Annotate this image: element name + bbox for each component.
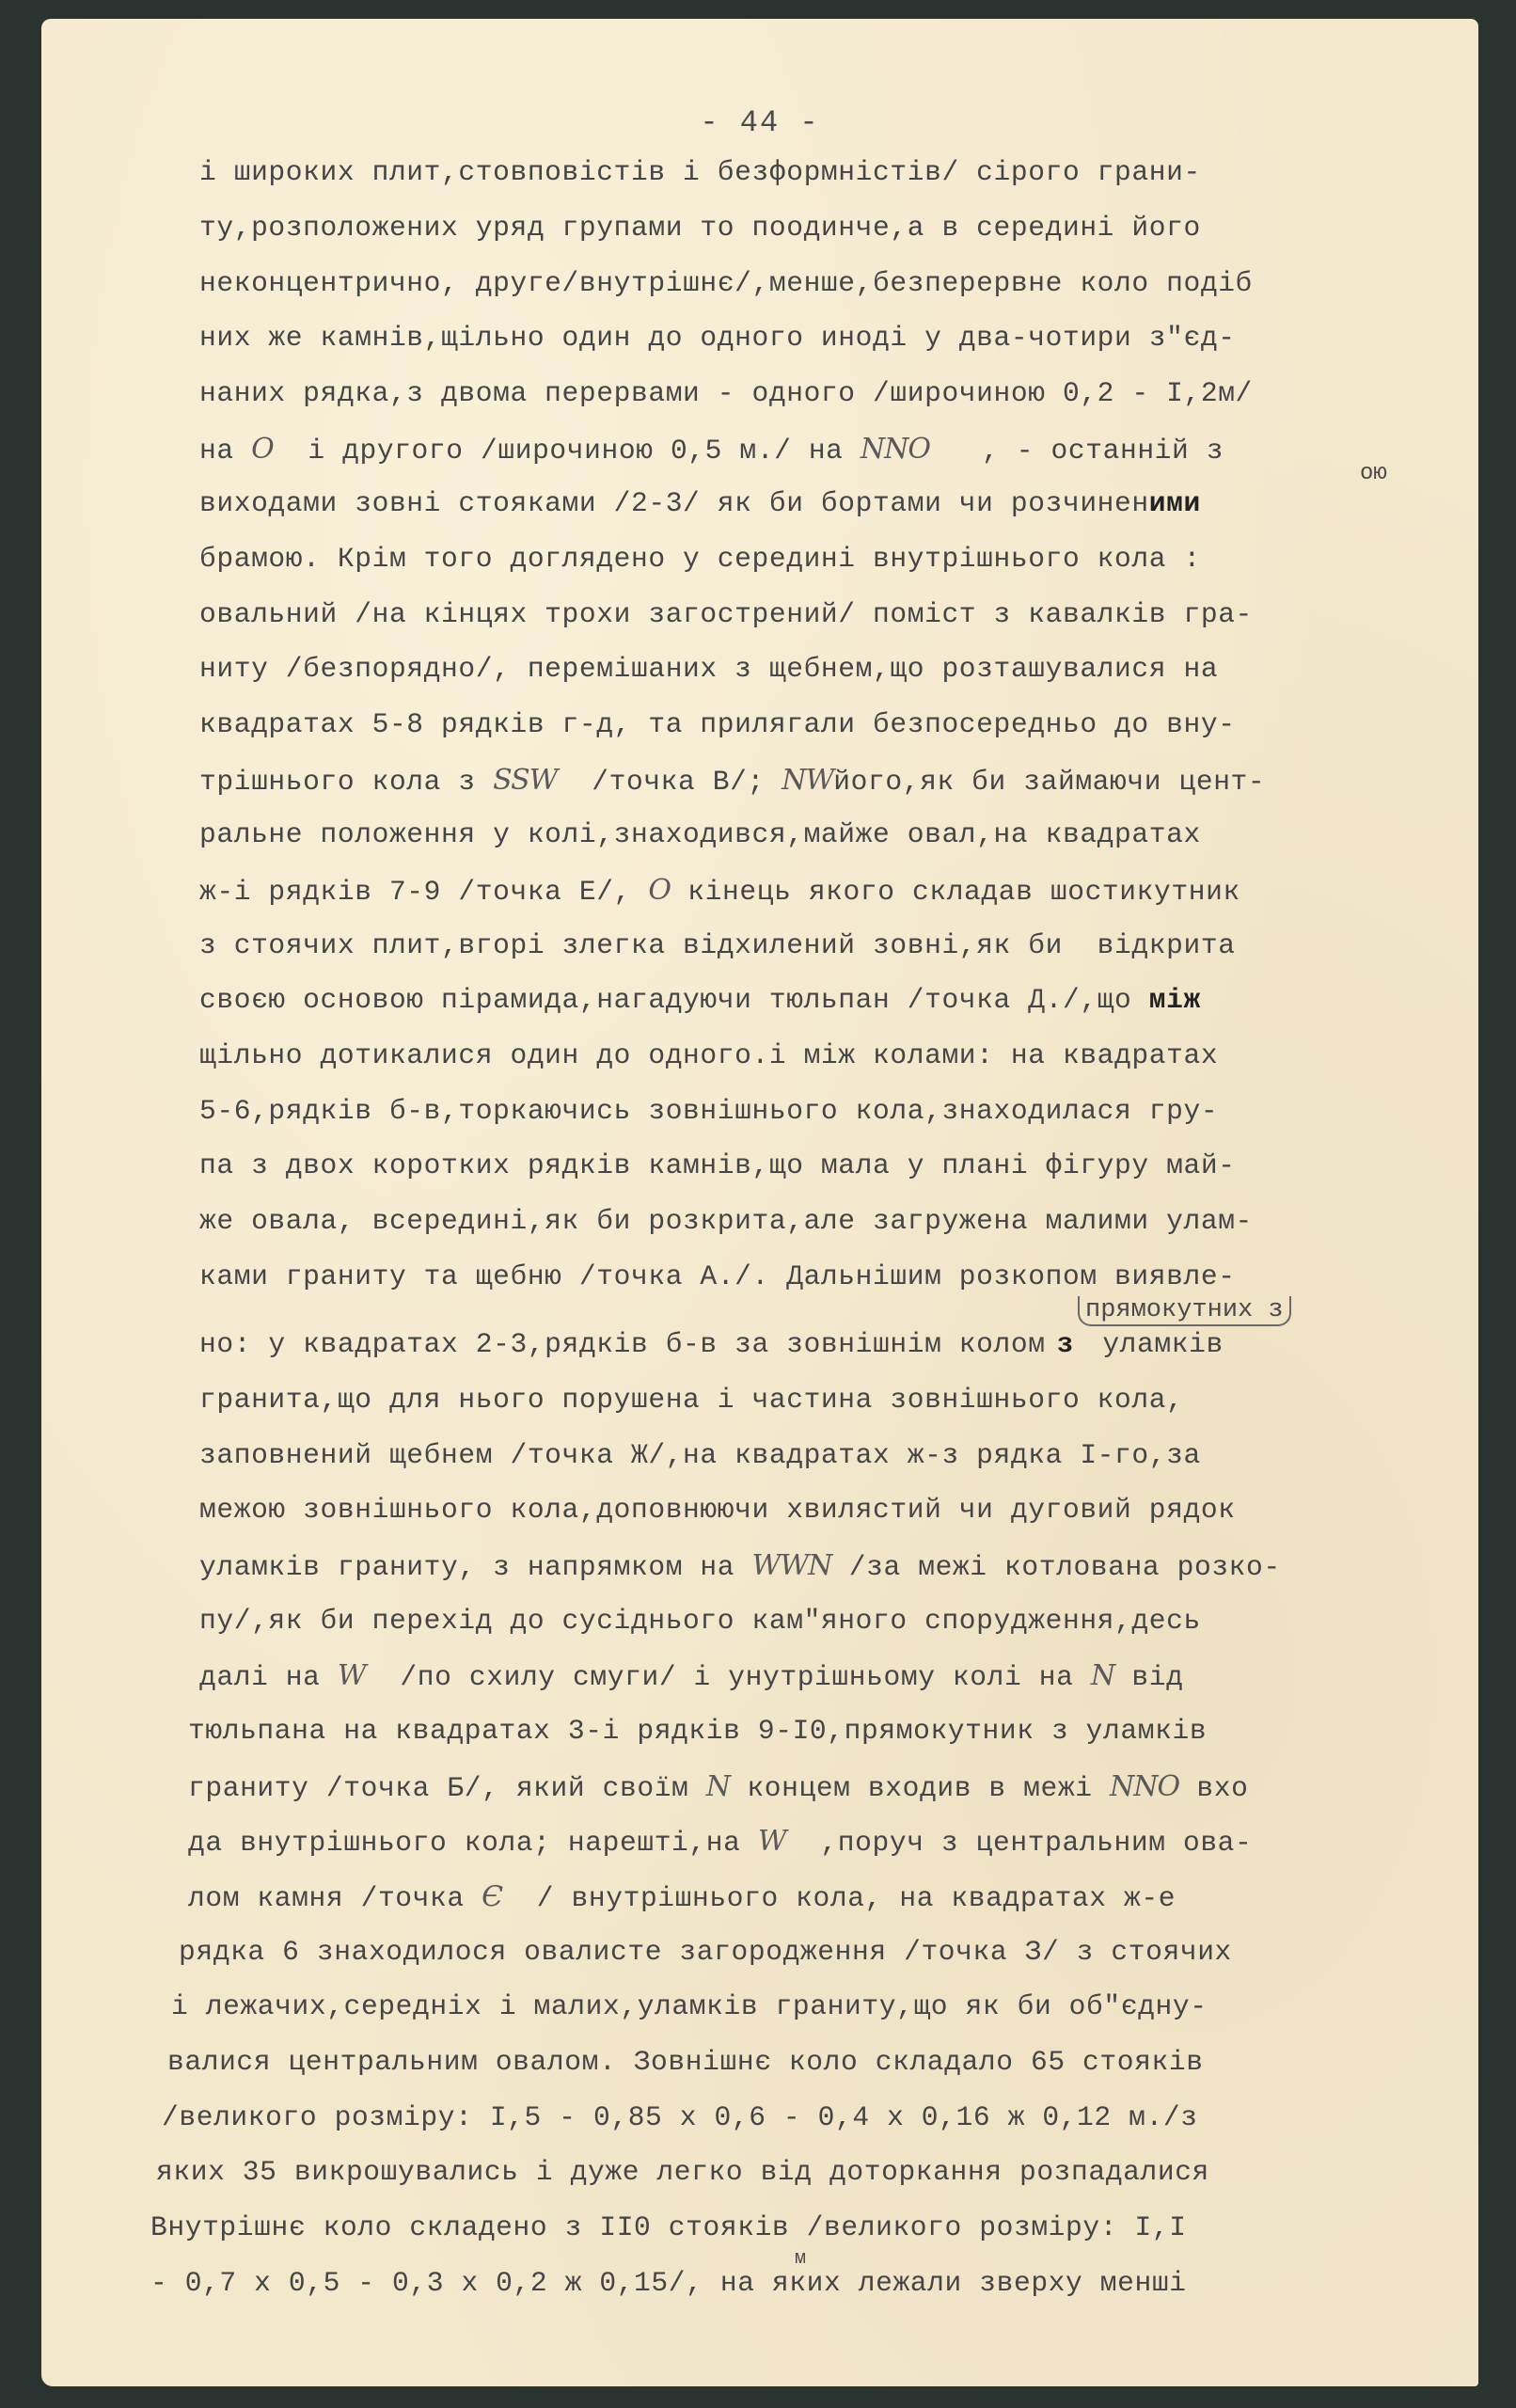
handwritten-direction: NNO — [1110, 1770, 1179, 1803]
text-line: ральне положення у колі,знаходився,майже… — [199, 818, 1201, 850]
text-line: гранита,що для нього порушена і частина … — [199, 1384, 1183, 1416]
handwritten-direction: NW — [782, 764, 833, 797]
text-line: /великого розміру: І,5 - 0,85 х 0,6 - 0,… — [162, 2101, 1198, 2133]
page-number-text: - 44 - — [700, 105, 819, 140]
struck-out-text: ими — [1149, 487, 1201, 519]
handwritten-direction: W — [758, 1825, 786, 1858]
text-line: овальний /на кінцях трохи загострений/ п… — [199, 598, 1253, 630]
handwritten-direction: N — [706, 1770, 730, 1803]
text-line: заповнений щебнем /точка Ж/,на квадратах… — [199, 1439, 1201, 1471]
handwritten-insertion: прямокутних з — [1078, 1296, 1291, 1326]
text-segment: /точка В/; — [558, 766, 782, 798]
text-line: но: у квадратах 2-3,рядків б-в за зовніш… — [199, 1328, 1224, 1360]
text-line: Внутрішнє коло складено з ІІ0 стояків /в… — [150, 2211, 1187, 2243]
text-segment: /по схилу смуги/ і унутрішньому колі на — [366, 1661, 1091, 1693]
text-segment: своєю основою пірамида,нагадуючи тюльпан… — [199, 984, 1149, 1016]
text-line: же овала, всередині,як би розкрита,але з… — [199, 1205, 1253, 1237]
text-segment: кінець якого складав шостикутник — [671, 876, 1240, 908]
text-line: своєю основою пірамида,нагадуючи тюльпан… — [199, 984, 1201, 1016]
text-line: ж-і рядків 7-9 /точка Е/, O кінець якого… — [199, 874, 1240, 908]
text-line: неконцентрично, друге/внутрішнє/,менше,б… — [199, 267, 1253, 299]
text-segment: концем входив в межі — [730, 1772, 1110, 1804]
text-line: виходами зовні стояками /2-3/ як би борт… — [199, 487, 1201, 519]
text-segment: ,поруч з центральним ова- — [786, 1827, 1253, 1859]
text-line: щільно дотикалися один до одного.і між к… — [199, 1039, 1218, 1071]
text-line: граниту /точка Б/, який своїм N концем в… — [188, 1770, 1248, 1804]
text-line: ниту /безпорядно/, перемішаних з щебнем,… — [199, 653, 1218, 685]
text-line: далі на W /по схилу смуги/ і унутрішньом… — [199, 1659, 1184, 1693]
text-segment: /за межі котлована розко- — [831, 1551, 1280, 1583]
handwritten-direction: N — [1091, 1659, 1114, 1692]
text-line: і лежачих,середніх і малих,уламків грани… — [171, 1990, 1208, 2022]
text-segment: лом камня /точка — [188, 1882, 482, 1914]
text-line: - 0,7 х 0,5 - 0,3 х 0,2 ж 0,15/, на яких… — [150, 2267, 1187, 2299]
text-line: па з двох коротких рядків камнів,що мала… — [199, 1149, 1236, 1181]
struck-out-text: з — [1046, 1328, 1085, 1360]
text-line: тюльпана на квадратах 3-і рядків 9-І0,пр… — [188, 1715, 1207, 1747]
text-line: на O і другого /широчиною 0,5 м./ на NNO… — [199, 433, 1224, 467]
handwritten-direction: WWN — [752, 1549, 832, 1582]
text-segment: но: у квадратах 2-3,рядків б-в за зовніш… — [199, 1328, 1046, 1360]
handwritten-direction: NNO — [861, 433, 930, 466]
text-segment: вхо — [1179, 1772, 1248, 1804]
text-line: ту,розположених уряд групами то поодинче… — [199, 212, 1201, 244]
text-segment: його,як би займаючи цент- — [833, 766, 1265, 798]
text-segment: далі на — [199, 1661, 338, 1693]
text-segment: уламків — [1085, 1328, 1224, 1360]
text-segment: - 0,7 х 0,5 - 0,3 х 0,2 ж 0,15 — [150, 2267, 669, 2299]
text-line: яких 35 викрошувались і дуже легко від д… — [156, 2156, 1209, 2188]
text-line: валися центральним овалом. Зовнішнє коло… — [167, 2046, 1204, 2078]
text-line: них же камнів,щільно один до одного инод… — [199, 322, 1236, 354]
text-line: з стоячих плит,вгорі злегка відхилений з… — [199, 929, 1236, 961]
text-segment: і другого /широчиною 0,5 м./ на — [274, 435, 861, 467]
text-line: межою зовнішнього кола,доповнюючи хвиляс… — [199, 1494, 1236, 1526]
handwritten-direction: W — [338, 1659, 366, 1692]
page-number: - 44 - — [41, 105, 1478, 140]
text-segment: ж-і рядків 7-9 /точка Е/, — [199, 876, 648, 908]
text-line: рядка 6 знаходилося овалисте загородженн… — [179, 1936, 1232, 1968]
text-segment: да внутрішнього кола; нарешті,на — [188, 1827, 758, 1859]
text-segment: уламків граниту, з напрямком на — [199, 1551, 752, 1583]
text-line: трішнього кола з SSW /точка В/; NWйого,я… — [199, 764, 1265, 798]
text-line: і широких плит,стовповістів і безформніс… — [199, 156, 1201, 188]
text-segment: / внутрішнього кола, на квадратах ж-е — [502, 1882, 1176, 1914]
text-line: пу/,як би перехід до сусіднього кам"яног… — [199, 1605, 1201, 1637]
text-line: квадратах 5-8 рядків г-д, та прилягали б… — [199, 708, 1236, 740]
handwritten-insertion: ою — [1360, 461, 1387, 486]
handwritten-direction: O — [251, 433, 274, 466]
text-line: лом камня /точка Є / внутрішнього кола, … — [188, 1880, 1176, 1914]
text-line: уламків граниту, з напрямком на WWN /за … — [199, 1549, 1281, 1583]
text-line: брамою. Крім того доглядено у середині в… — [199, 543, 1201, 575]
text-segment: від — [1114, 1661, 1183, 1693]
text-line: 5-6,рядків б-в,торкаючись зовнішнього ко… — [199, 1095, 1218, 1127]
handwritten-point-label: Є — [482, 1880, 502, 1913]
text-segment: трішнього кола з — [199, 766, 493, 798]
text-line: наних рядка,з двома перервами - одного /… — [199, 377, 1253, 409]
handwritten-direction: SSW — [493, 764, 557, 797]
text-segment: , - останній з — [930, 435, 1224, 467]
text-segment: граниту /точка Б/, який своїм — [188, 1772, 706, 1804]
document-page: - 44 - — [41, 19, 1478, 2386]
text-line: да внутрішнього кола; нарешті,на W ,пору… — [188, 1825, 1252, 1859]
text-segment: на — [199, 435, 251, 467]
text-line: ками граниту та щебню /точка А./. Дальні… — [199, 1260, 1236, 1292]
text-segment: виходами зовні стояками /2-3/ як би борт… — [199, 487, 1149, 519]
struck-out-text: між — [1149, 984, 1201, 1016]
handwritten-direction: O — [648, 874, 671, 907]
text-segment: /, на яких лежали зверху менші — [669, 2267, 1187, 2299]
